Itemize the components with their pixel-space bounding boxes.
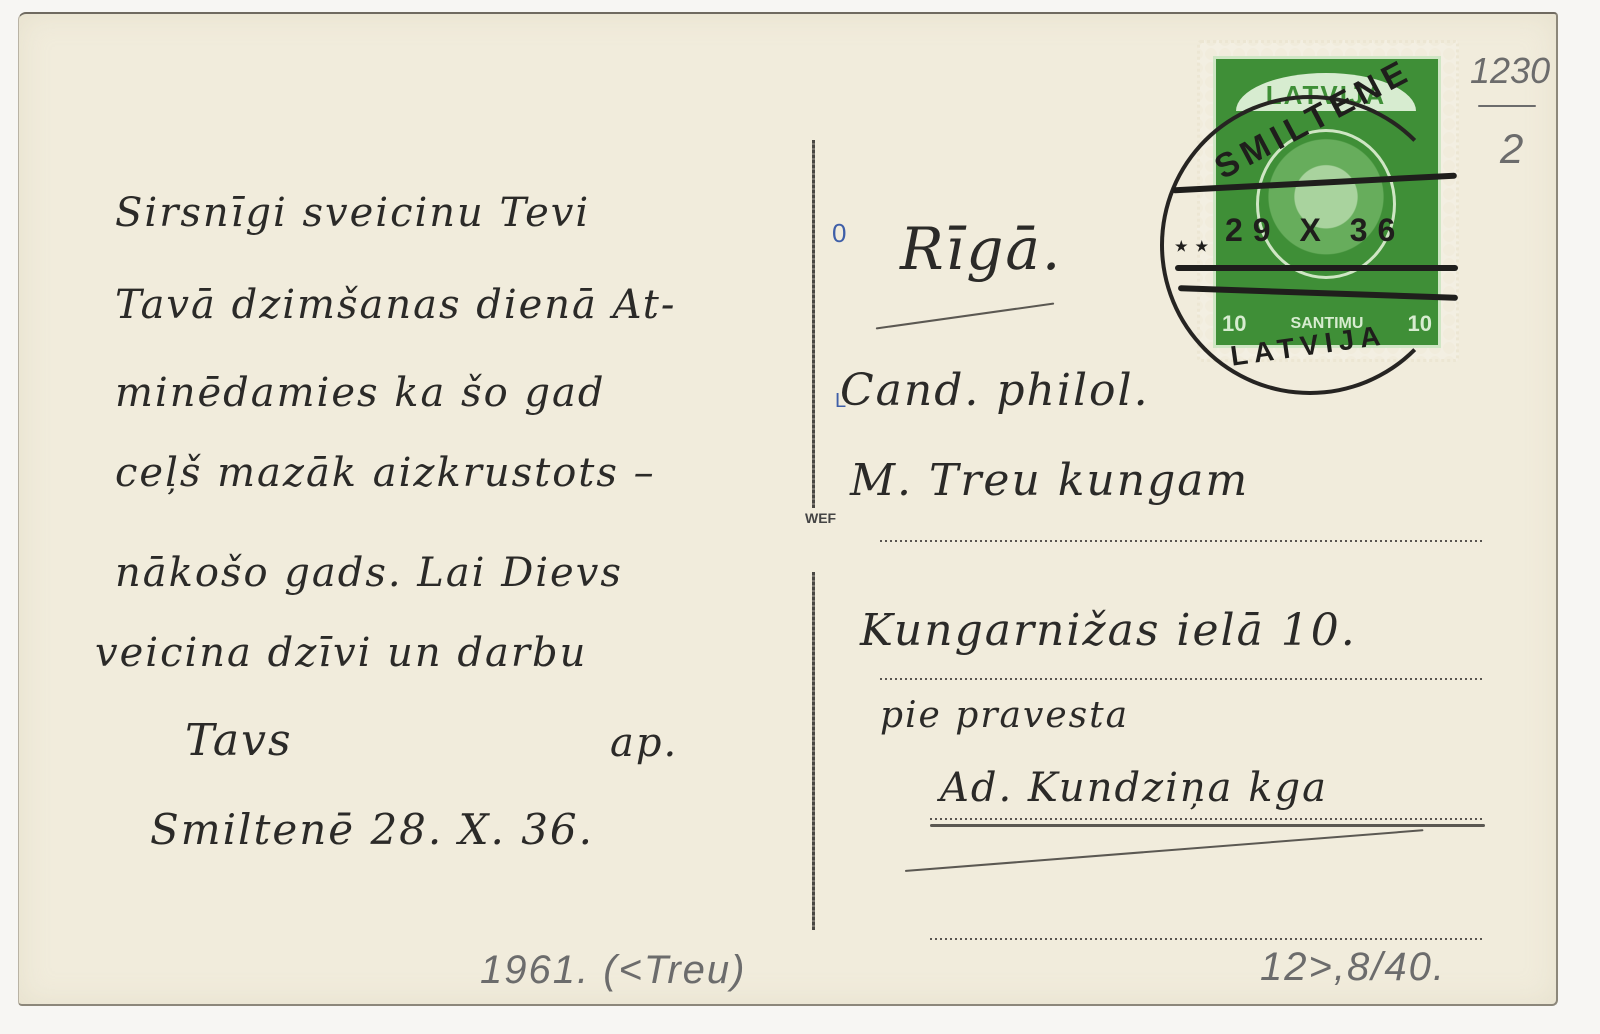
- postmark-date: 29 X 36: [1225, 212, 1405, 249]
- postmark-stars: ★ ★: [1175, 238, 1210, 255]
- center-divider-bottom: [812, 572, 815, 930]
- address-street: Kungarnižas ielā 10.: [860, 605, 1357, 656]
- message-signature-initials: ap.: [610, 720, 678, 766]
- pencil-note-numerator: 1230: [1470, 50, 1550, 92]
- pencil-note-bottom-right: 12>,8/40.: [1260, 945, 1446, 990]
- message-line-6: veicina dzīvi un darbu: [95, 630, 587, 676]
- center-divider-top: [812, 140, 815, 508]
- address-care-of: pie pravesta: [880, 695, 1129, 736]
- address-care-of-name: Ad. Kundziņa kga: [940, 765, 1328, 811]
- address-dotted-line-4: [930, 938, 1485, 940]
- address-city: Rīgā.: [900, 215, 1062, 283]
- address-dotted-line-3: [930, 818, 1485, 820]
- address-dotted-line-1: [880, 540, 1485, 542]
- address-dotted-line-2: [880, 678, 1485, 680]
- postmark-bar-2: [1175, 265, 1458, 271]
- pencil-note-bottom-left: 1961. (<Treu): [480, 948, 747, 993]
- message-line-5: nākošo gads. Lai Dievs: [115, 550, 623, 596]
- message-line-2: Tavā dzimšanas dienā At-: [115, 282, 676, 328]
- pencil-note-denominator: 2: [1500, 125, 1525, 173]
- address-double-underline: [930, 824, 1485, 827]
- message-place-date: Smiltenē 28. X. 36.: [150, 805, 594, 854]
- pencil-note-fraction-bar: [1478, 105, 1536, 107]
- message-line-4: ceļš mazāk aizkrustots –: [115, 450, 656, 496]
- message-signature: Tavs: [185, 715, 293, 766]
- address-name: M. Treu kungam: [850, 455, 1249, 506]
- divider-printed-mark: WEF: [805, 510, 825, 526]
- message-line-3: minēdamies ka šo gad: [115, 370, 605, 416]
- blue-pencil-mark-1: 0: [832, 218, 846, 249]
- message-line-1: Sirsnīgi sveicinu Tevi: [115, 190, 590, 236]
- address-title: Cand. philol.: [840, 365, 1150, 416]
